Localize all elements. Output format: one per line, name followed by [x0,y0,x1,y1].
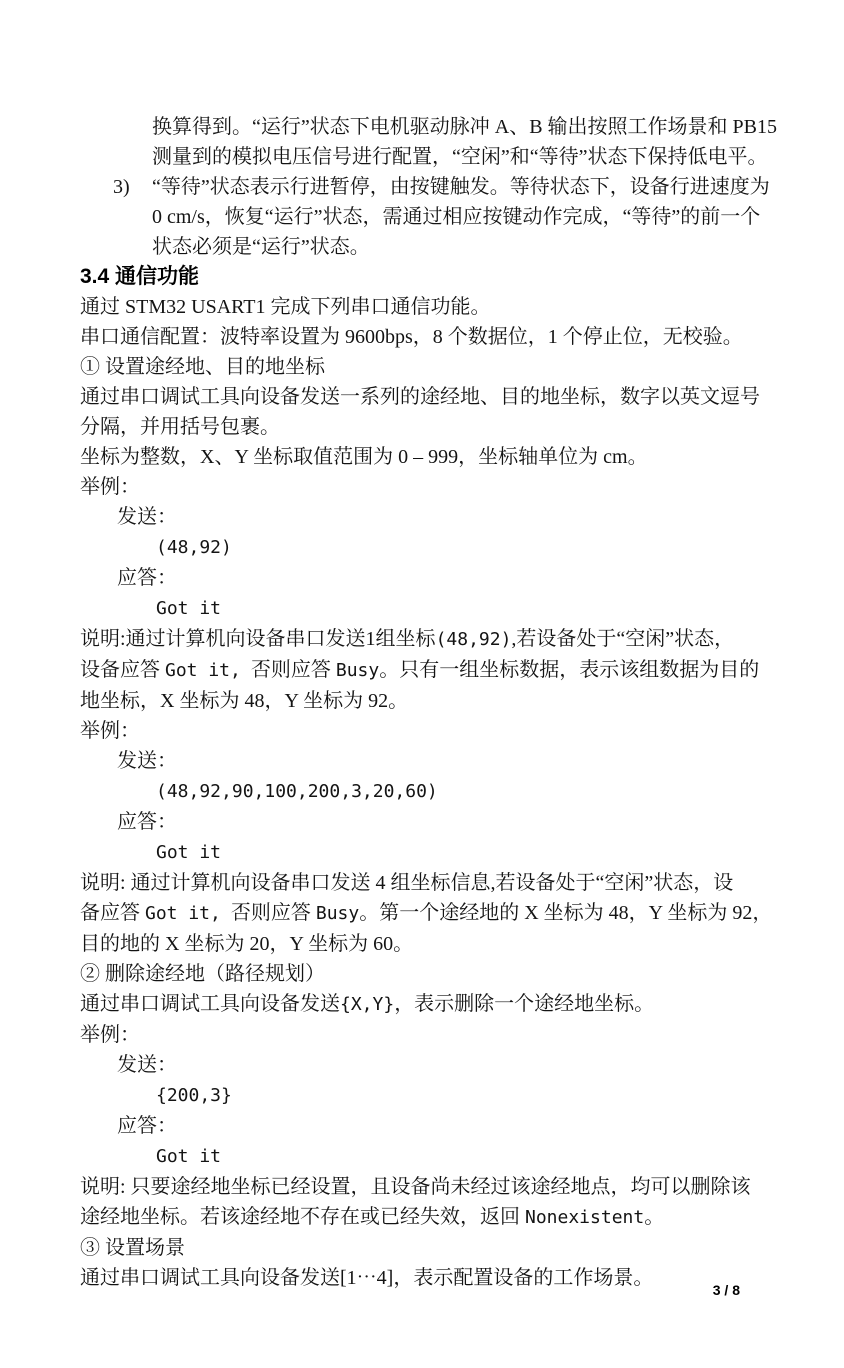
text-line: 发送： [80,1050,770,1080]
text-run: 。 [644,1206,664,1228]
text-run: 通过串口调试工具向设备发送 [80,993,340,1015]
text-run: 途经地坐标。若该途经地不存在或已经失效，返回 [80,1206,525,1228]
inline-code: (48,92) [436,629,512,650]
text-line: 说明: 通过计算机向设备串口发送 4 组坐标信息,若设备处于“空闲”状态，设 [80,868,770,898]
text-line: 3)“等待”状态表示行进暂停，由按键触发。等待状态下，设备行进速度为 [80,172,770,202]
text-run: 否则应答 [221,902,316,924]
text-run: 通过串口调试工具向设备发送一系列的途经地、目的地坐标，数字以英文逗号 [80,386,760,408]
text-run: 换算得到。“运行”状态下电机驱动脉冲 A、B 输出按照工作场景和 PB15 [152,116,777,138]
text-run: 串口通信配置：波特率设置为 9600bps，8 个数据位，1 个停止位，无校验。 [80,326,743,348]
text-line: 目的地的 X 坐标为 20，Y 坐标为 60。 [80,929,770,959]
text-line: 发送： [80,746,770,776]
text-run: 3.4 通信功能 [80,265,199,288]
text-run: 。只有一组坐标数据，表示该组数据为目的 [379,659,759,681]
text-run: 发送： [117,1054,177,1076]
text-run: ③ 设置场景 [80,1237,185,1259]
text-line: 应答： [80,807,770,837]
text-run: 举例： [80,1024,140,1046]
text-line: 备应答 Got it, 否则应答 Busy。第一个途经地的 X 坐标为 48，Y… [80,898,770,929]
page-number: 3 / 8 [713,1281,740,1299]
text-run: 应答： [117,811,177,833]
text-line: 通过串口调试工具向设备发送[1⋯4]，表示配置设备的工作场景。 [80,1263,770,1293]
text-run: 备应答 [80,902,145,924]
text-line: ② 删除途经地（路径规划） [80,959,770,989]
text-line: 说明:通过计算机向设备串口发送1组坐标(48,92),若设备处于“空闲”状态， [80,624,770,655]
text-line: Got it [80,1141,770,1172]
text-run: 目的地的 X 坐标为 20，Y 坐标为 60。 [80,933,413,955]
text-line: Got it [80,837,770,868]
text-run: 坐标为整数，X、Y 坐标取值范围为 0 – 999，坐标轴单位为 cm。 [80,446,648,468]
text-run: 通过 STM32 USART1 完成下列串口通信功能。 [80,296,491,318]
inline-code: Got it [156,1146,221,1167]
text-run: 地坐标，X 坐标为 48，Y 坐标为 92。 [80,690,408,712]
text-run: 举例： [80,720,140,742]
text-line: 应答： [80,563,770,593]
text-line: 通过串口调试工具向设备发送{X,Y}，表示删除一个途经地坐标。 [80,989,770,1020]
text-line: (48,92,90,100,200,3,20,60) [80,776,770,807]
inline-code: Busy [316,903,359,924]
text-run: 应答： [117,567,177,589]
text-line: 分隔，并用括号包裹。 [80,412,770,442]
text-line: {200,3} [80,1080,770,1111]
text-line: 0 cm/s，恢复“运行”状态，需通过相应按键动作完成，“等待”的前一个 [80,202,770,232]
text-line: 坐标为整数，X、Y 坐标取值范围为 0 – 999，坐标轴单位为 cm。 [80,442,770,472]
text-line: 通过 STM32 USART1 完成下列串口通信功能。 [80,292,770,322]
text-line: (48,92) [80,532,770,563]
text-line: ① 设置途经地、目的地坐标 [80,352,770,382]
text-run: 应答： [117,1115,177,1137]
text-run: 说明: 只要途经地坐标已经设置，且设备尚未经过该途经地点，均可以删除该 [80,1176,751,1198]
text-run: 0 cm/s，恢复“运行”状态，需通过相应按键动作完成，“等待”的前一个 [152,206,760,228]
text-run: ② 删除途经地（路径规划） [80,963,325,985]
text-run: 分隔，并用括号包裹。 [80,416,280,438]
inline-code: Got it [156,842,221,863]
text-line: 应答： [80,1111,770,1141]
text-run: 发送： [117,750,177,772]
text-line: ③ 设置场景 [80,1233,770,1263]
inline-code: (48,92,90,100,200,3,20,60) [156,781,438,802]
text-line: 说明: 只要途经地坐标已经设置，且设备尚未经过该途经地点，均可以删除该 [80,1172,770,1202]
inline-code: Busy [336,660,379,681]
inline-code: Got it, [145,903,221,924]
text-run: 举例： [80,476,140,498]
document-body: 换算得到。“运行”状态下电机驱动脉冲 A、B 输出按照工作场景和 PB15测量到… [80,112,770,1293]
text-run: “等待”状态表示行进暂停，由按键触发。等待状态下，设备行进速度为 [152,176,770,198]
text-line: 通过串口调试工具向设备发送一系列的途经地、目的地坐标，数字以英文逗号 [80,382,770,412]
text-line: 设备应答 Got it, 否则应答 Busy。只有一组坐标数据，表示该组数据为目… [80,655,770,686]
text-line: 串口通信配置：波特率设置为 9600bps，8 个数据位，1 个停止位，无校验。 [80,322,770,352]
text-line: 换算得到。“运行”状态下电机驱动脉冲 A、B 输出按照工作场景和 PB15 [80,112,770,142]
inline-code: Nonexistent [525,1207,644,1228]
inline-code: {200,3} [156,1085,232,1106]
text-run: 发送： [117,506,177,528]
text-run: 说明:通过计算机向设备串口发送1组坐标 [80,628,436,650]
text-run: 说明: 通过计算机向设备串口发送 4 组坐标信息,若设备处于“空闲”状态，设 [80,872,733,894]
inline-code: (48,92) [156,537,232,558]
section-heading: 3.4 通信功能 [80,262,770,292]
text-line: 状态必须是“运行”状态。 [80,232,770,262]
text-run: ，表示删除一个途经地坐标。 [394,993,654,1015]
text-run: ① 设置途经地、目的地坐标 [80,356,325,378]
text-run: 通过串口调试工具向设备发送[1⋯4]，表示配置设备的工作场景。 [80,1267,653,1289]
text-line: 途经地坐标。若该途经地不存在或已经失效，返回 Nonexistent。 [80,1202,770,1233]
document-page: 换算得到。“运行”状态下电机驱动脉冲 A、B 输出按照工作场景和 PB15测量到… [0,0,844,1368]
inline-code: {X,Y} [340,994,394,1015]
text-line: 举例： [80,472,770,502]
text-line: 举例： [80,1020,770,1050]
text-run: 否则应答 [241,659,336,681]
text-run: 设备应答 [80,659,165,681]
inline-code: Got it, [165,660,241,681]
text-line: 发送： [80,502,770,532]
text-run: 。第一个途经地的 X 坐标为 48，Y 坐标为 92， [359,902,772,924]
text-run: ,若设备处于“空闲”状态， [511,628,734,650]
inline-code: Got it [156,598,221,619]
text-line: 测量到的模拟电压信号进行配置，“空闲”和“等待”状态下保持低电平。 [80,142,770,172]
text-line: 地坐标，X 坐标为 48，Y 坐标为 92。 [80,686,770,716]
text-run: 测量到的模拟电压信号进行配置，“空闲”和“等待”状态下保持低电平。 [152,146,768,168]
text-line: Got it [80,593,770,624]
text-line: 举例： [80,716,770,746]
list-number-marker: 3) [113,172,130,202]
text-run: 状态必须是“运行”状态。 [152,236,370,258]
